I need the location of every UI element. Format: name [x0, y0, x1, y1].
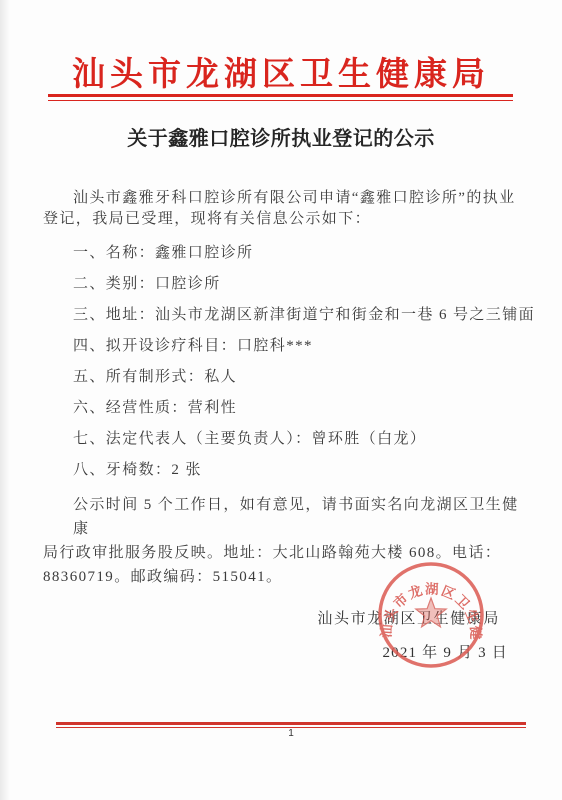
header-rule-thin-line	[48, 100, 513, 102]
document-body: 汕头市鑫雅牙科口腔诊所有限公司申请“鑫雅口腔诊所”的执业 登记，我局已受理，现将…	[43, 188, 521, 589]
intro-line: 登记，我局已受理，现将有关信息公示如下：	[43, 209, 521, 230]
intro-paragraph: 汕头市鑫雅牙科口腔诊所有限公司申请“鑫雅口腔诊所”的执业 登记，我局已受理，现将…	[43, 188, 521, 230]
list-item-address: 三、地址：汕头市龙湖区新津街道宁和街金和一巷 6 号之三铺面	[43, 300, 521, 331]
seal-star-icon	[416, 598, 446, 627]
list-item-business-nature: 六、经营性质：营利性	[43, 393, 521, 424]
list-item-legal-representative: 七、法定代表人（主要负责人）：曾环胜（白龙）	[43, 424, 521, 455]
intro-line: 汕头市鑫雅牙科口腔诊所有限公司申请“鑫雅口腔诊所”的执业	[43, 188, 521, 209]
list-item-category: 二、类别：口腔诊所	[43, 269, 521, 300]
closing-line: 公示时间 5 个工作日，如有意见，请书面实名向龙湖区卫生健康	[43, 493, 521, 541]
header-double-rule	[48, 94, 513, 101]
official-red-seal: 汕头市龙湖区卫生健康局	[376, 560, 486, 670]
page-number: 1	[56, 728, 526, 739]
list-item-name: 一、名称：鑫雅口腔诊所	[43, 238, 521, 269]
list-item-dental-chairs: 八、牙椅数：2 张	[43, 455, 521, 486]
document-title: 关于鑫雅口腔诊所执业登记的公示	[0, 122, 562, 151]
list-item-ownership: 五、所有制形式：私人	[43, 362, 521, 393]
scan-edge-shade	[0, 0, 10, 800]
agency-header: 汕头市龙湖区卫生健康局	[0, 48, 562, 95]
item-list: 一、名称：鑫雅口腔诊所 二、类别：口腔诊所 三、地址：汕头市龙湖区新津街道宁和街…	[43, 238, 521, 486]
list-item-departments: 四、拟开设诊疗科目：口腔科***	[43, 331, 521, 362]
notice-document-page: 汕头市龙湖区卫生健康局 关于鑫雅口腔诊所执业登记的公示 汕头市鑫雅牙科口腔诊所有…	[0, 0, 562, 800]
